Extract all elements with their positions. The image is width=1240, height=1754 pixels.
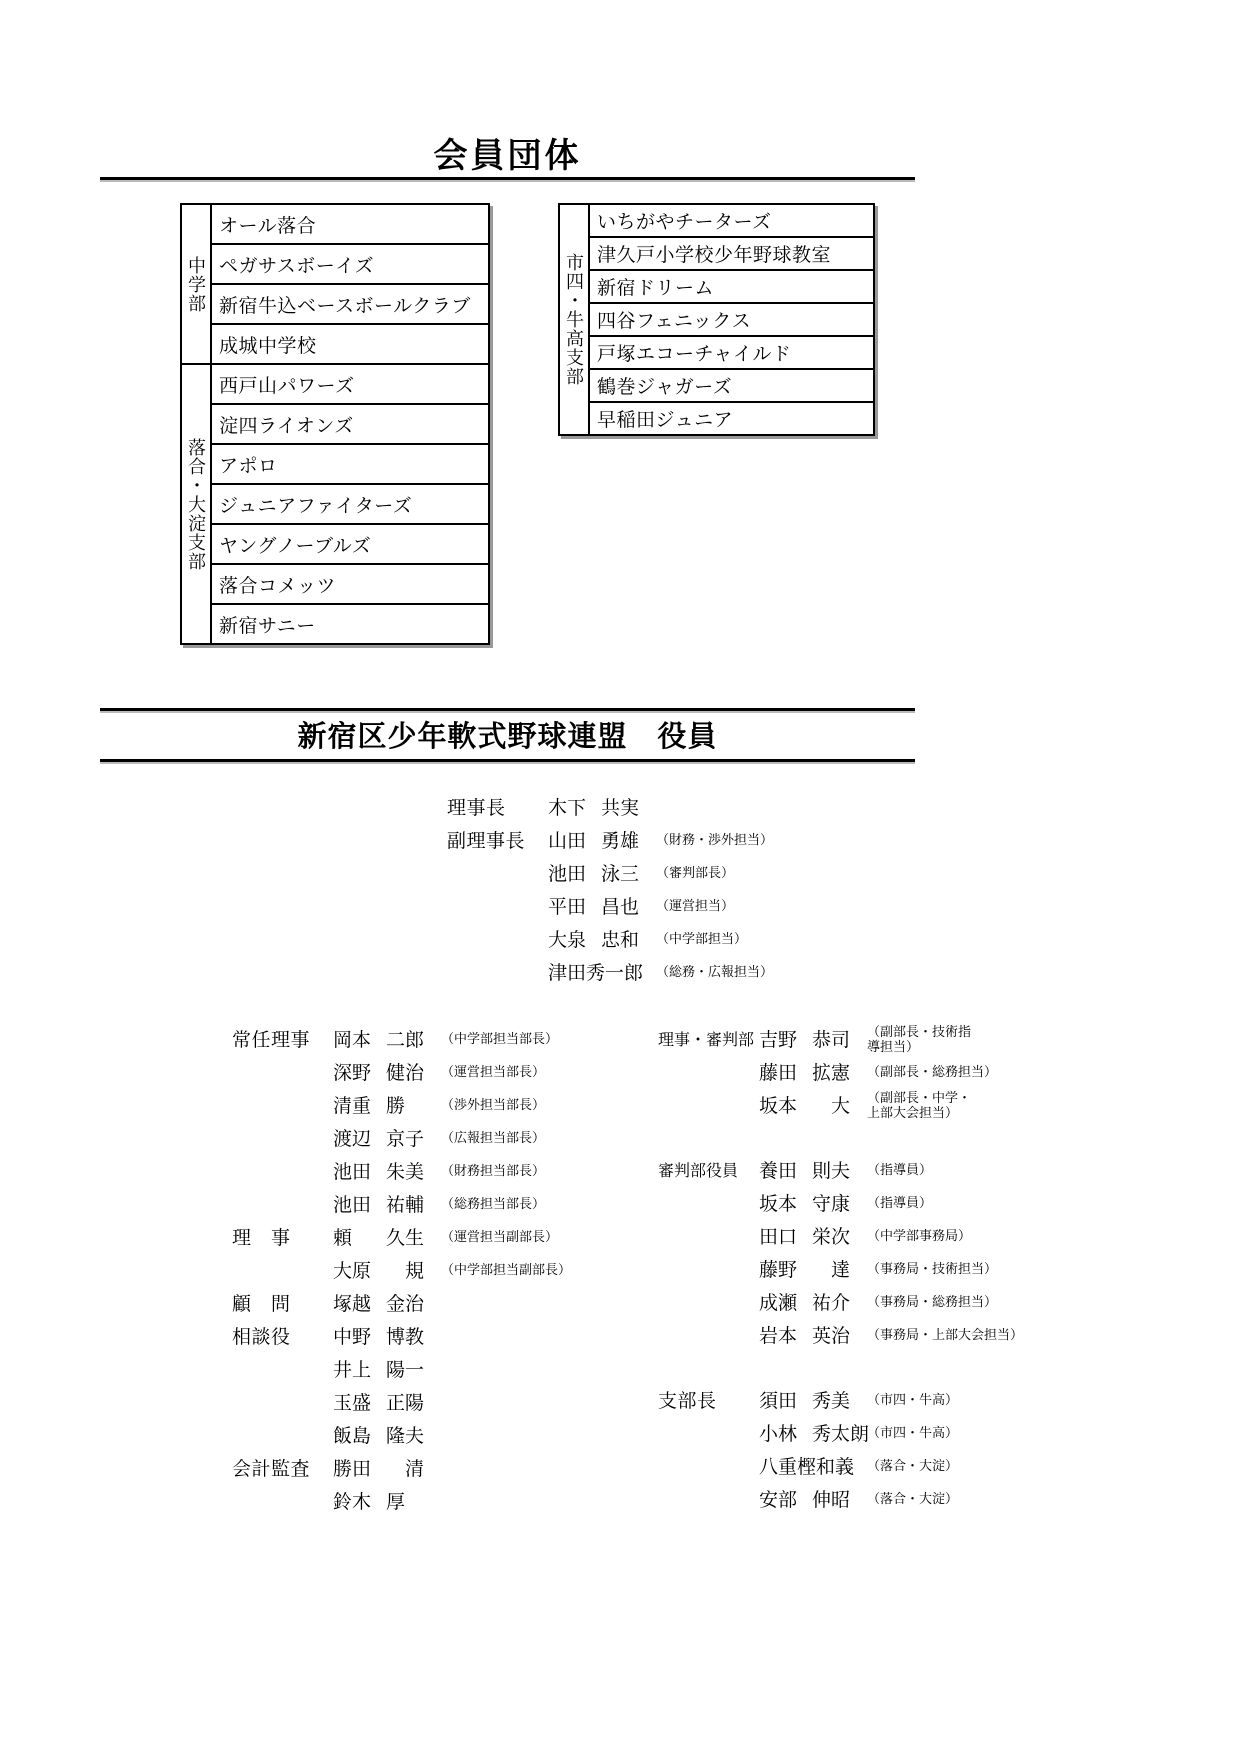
officer-family-name: 坂本 [759,1189,812,1216]
officer-family-name: 須田 [759,1386,812,1413]
officer-given-name: 金治 [386,1294,424,1315]
officer-row: 飯島隆夫 [232,1418,571,1451]
officer-row: 理 事頼久生（運営担当副部長） [232,1220,571,1253]
officer-duty-note: （運営担当） [656,898,734,913]
officer-family-name: 清重 [333,1091,386,1118]
table-row: 淀四ライオンズ [181,404,489,444]
officer-given-name: 二郎 [386,1030,424,1051]
officer-role-label: 相談役 [232,1322,333,1349]
officer-duty-note: （運営担当副部長） [441,1229,558,1244]
officer-duty-note: （運営担当部長） [441,1064,545,1079]
team-name-cell: アポロ [211,444,489,484]
team-name-cell: 早稲田ジュニア [589,402,874,435]
officer-name: 中野博教 [333,1322,441,1349]
officer-given-name: 陽一 [386,1360,424,1381]
officer-role-label: 会計監査 [232,1454,333,1481]
officer-name: 成瀬祐介 [759,1288,867,1315]
officer-duty-note: （事務局・総務担当） [867,1294,997,1309]
officer-family-name: 小林 [759,1419,812,1446]
officer-family-name: 安部 [759,1485,812,1512]
team-name-cell: 西戸山パワーズ [211,364,489,404]
officer-row: 顧 問塚越金治 [232,1286,571,1319]
officer-duty-note: （市四・牛高） [867,1392,958,1407]
officer-role-label: 審判部役員 [658,1158,759,1181]
table-row: 早稲田ジュニア [559,402,874,435]
officer-block: 支部長須田秀美（市四・牛高）小林秀太朗（市四・牛高）八重樫和義（落合・大淀）安部… [658,1383,1023,1515]
officer-given-name: 恭司 [812,1030,850,1051]
officer-name: 鈴木厚 [333,1487,441,1514]
officer-given-name: 昌也 [601,897,639,918]
officer-duty-note: （中学部担当） [656,931,747,946]
officer-row: 鈴木厚 [232,1484,571,1517]
officer-duty-note: （総務担当部長） [441,1196,545,1211]
officer-family-name: 津田秀一郎 [548,958,643,985]
officer-family-name: 中野 [333,1322,386,1349]
officer-family-name: 藤田 [759,1058,812,1085]
officer-name: 玉盛正陽 [333,1388,441,1415]
officer-row: 池田泳三（審判部長） [447,856,773,889]
officer-role-label: 支部長 [658,1386,759,1413]
officer-row: 深野健治（運営担当部長） [232,1055,571,1088]
officer-duty-note: （中学部担当副部長） [441,1262,571,1277]
officer-given-name: 則夫 [812,1161,850,1182]
officer-row: 支部長須田秀美（市四・牛高） [658,1383,1023,1416]
table-row: 新宿サニー [181,604,489,644]
officer-name: 池田朱美 [333,1157,441,1184]
officer-family-name: 玉盛 [333,1388,386,1415]
officer-row: 大原 規（中学部担当副部長） [232,1253,571,1286]
table-row: ペガサスボーイズ [181,244,489,284]
officer-name: 須田秀美 [759,1386,867,1413]
officer-name: 山田勇雄 [548,826,656,853]
table-row: アポロ [181,444,489,484]
officer-row: 小林秀太朗（市四・牛高） [658,1416,1023,1449]
officer-name: 池田祐輔 [333,1190,441,1217]
officer-name: 藤野 達 [759,1255,867,1282]
officer-duty-note: （副部長・中学・ 上部大会担当） [867,1090,971,1120]
officer-family-name: 養田 [759,1156,812,1183]
officer-name: 坂本守康 [759,1189,867,1216]
officer-name: 田口栄次 [759,1222,867,1249]
officer-duty-note: （財務担当部長） [441,1163,545,1178]
officers-section-title: 新宿区少年軟式野球連盟 役員 [100,714,915,755]
officer-name: 渡辺京子 [333,1124,441,1151]
officer-given-name: 秀美 [812,1391,850,1412]
officer-given-name: 正陽 [386,1393,424,1414]
officer-given-name: 英治 [812,1326,850,1347]
officer-duty-note: （指導員） [867,1162,932,1177]
officer-family-name: 岡本 [333,1025,386,1052]
table-row: 新宿牛込ベースボールクラブ [181,284,489,324]
officer-given-name: 泳三 [601,864,639,885]
division-label-cell: 市四・牛高支部 [559,204,589,435]
division-label-cell: 中学部 [181,204,211,364]
officers-top-block: 理事長木下共実副理事長山田勇雄（財務・渉外担当）池田泳三（審判部長）平田昌也（運… [447,790,773,988]
officer-name: 藤田拡憲 [759,1058,867,1085]
officer-row: 津田秀一郎（総務・広報担当） [447,955,773,988]
table-row: 四谷フェニックス [559,303,874,336]
officer-row: 成瀬祐介（事務局・総務担当） [658,1285,1023,1318]
officer-duty-note: （事務局・技術担当） [867,1261,997,1276]
officer-duty-note: （中学部担当部長） [441,1031,558,1046]
officer-name: 飯島隆夫 [333,1421,441,1448]
horizontal-divider [100,177,915,180]
officer-family-name: 鈴木 [333,1487,386,1514]
officer-family-name: 平田 [548,892,601,919]
officer-given-name: 和義 [816,1457,854,1478]
officer-family-name: 岩本 [759,1321,812,1348]
officer-family-name: 吉野 [759,1025,812,1052]
officer-row: 岩本英治（事務局・上部大会担当） [658,1318,1023,1351]
officer-duty-note: （落合・大淀） [867,1491,958,1506]
officer-row: 藤野 達（事務局・技術担当） [658,1252,1023,1285]
officer-name: 岡本二郎 [333,1025,441,1052]
officer-given-name: 伸昭 [812,1490,850,1511]
officer-given-name: 共実 [601,798,639,819]
officer-given-name: 勇雄 [601,831,639,852]
division-label-cell: 落合・大淀支部 [181,364,211,644]
table-row: 鶴巻ジャガーズ [559,369,874,402]
officer-given-name: 規 [386,1261,424,1282]
members-table-left: 中学部オール落合ペガサスボーイズ新宿牛込ベースボールクラブ成城中学校落合・大淀支… [180,203,490,645]
officer-row: 副理事長山田勇雄（財務・渉外担当） [447,823,773,856]
table-row: 市四・牛高支部いちがやチーターズ [559,204,874,237]
officer-family-name: 塚越 [333,1289,386,1316]
officer-name: 津田秀一郎 [548,958,656,985]
officer-given-name: 大 [812,1096,850,1117]
team-name-cell: 新宿ドリーム [589,270,874,303]
officer-row: 坂本守康（指導員） [658,1186,1023,1219]
officer-row: 八重樫和義（落合・大淀） [658,1449,1023,1482]
officer-name: 小林秀太朗 [759,1419,867,1446]
officer-row: 審判部役員養田則夫（指導員） [658,1153,1023,1186]
team-name-cell: ジュニアファイターズ [211,484,489,524]
officer-given-name: 達 [812,1260,850,1281]
officer-role-label: 理事長 [447,793,548,820]
officer-family-name: 八重樫 [759,1452,816,1479]
officer-family-name: 勝田 [333,1454,386,1481]
officer-row: 相談役中野博教 [232,1319,571,1352]
officer-name: 井上陽一 [333,1355,441,1382]
officer-name: 大原 規 [333,1256,441,1283]
officer-family-name: 大泉 [548,925,601,952]
officer-given-name: 祐介 [812,1293,850,1314]
officer-name: 塚越金治 [333,1289,441,1316]
officer-row: 玉盛正陽 [232,1385,571,1418]
officer-given-name: 久生 [386,1228,424,1249]
team-name-cell: オール落合 [211,204,489,244]
officer-row: 田口栄次（中学部事務局） [658,1219,1023,1252]
team-name-cell: 鶴巻ジャガーズ [589,369,874,402]
officer-role-label: 顧 問 [232,1289,333,1316]
team-name-cell: ペガサスボーイズ [211,244,489,284]
table-row: 落合コメッツ [181,564,489,604]
officer-name: 大泉忠和 [548,925,656,952]
officer-given-name: 博教 [386,1327,424,1348]
table-row: 成城中学校 [181,324,489,364]
team-name-cell: 四谷フェニックス [589,303,874,336]
officer-row: 池田朱美（財務担当部長） [232,1154,571,1187]
officer-family-name: 木下 [548,793,601,820]
officer-row: 池田祐輔（総務担当部長） [232,1187,571,1220]
officer-name: 安部伸昭 [759,1485,867,1512]
team-name-cell: 津久戸小学校少年野球教室 [589,237,874,270]
officer-duty-note: （落合・大淀） [867,1458,958,1473]
officer-duty-note: （総務・広報担当） [656,964,773,979]
table-row: 落合・大淀支部西戸山パワーズ [181,364,489,404]
officer-given-name: 健治 [386,1063,424,1084]
officer-role-label: 副理事長 [447,826,548,853]
officer-role-label: 理事・審判部 [658,1027,759,1050]
officer-family-name: 坂本 [759,1091,812,1118]
officer-given-name: 清 [386,1459,424,1480]
document-page: 会員団体 中学部オール落合ペガサスボーイズ新宿牛込ベースボールクラブ成城中学校落… [0,0,1240,1754]
officer-given-name: 厚 [386,1492,405,1513]
officer-given-name: 栄次 [812,1227,850,1248]
officer-duty-note: （副部長・総務担当） [867,1064,997,1079]
officer-given-name: 朱美 [386,1162,424,1183]
officer-row: 安部伸昭（落合・大淀） [658,1482,1023,1515]
officer-name: 八重樫和義 [759,1452,867,1479]
officer-given-name: 祐輔 [386,1195,424,1216]
officer-name: 岩本英治 [759,1321,867,1348]
officer-family-name: 田口 [759,1222,812,1249]
officer-family-name: 池田 [333,1190,386,1217]
officer-given-name: 忠和 [601,930,639,951]
officer-given-name: 勝 [386,1096,405,1117]
officer-row: 理事長木下共実 [447,790,773,823]
team-name-cell: 新宿サニー [211,604,489,644]
team-name-cell: 戸塚エコーチャイルド [589,336,874,369]
table-row: 中学部オール落合 [181,204,489,244]
officer-family-name: 渡辺 [333,1124,386,1151]
officer-name: 清重勝 [333,1091,441,1118]
officer-name: 養田則夫 [759,1156,867,1183]
officer-role-label: 常任理事 [232,1025,333,1052]
horizontal-divider [100,759,915,762]
officer-duty-note: （広報担当部長） [441,1130,545,1145]
officer-block: 審判部役員養田則夫（指導員）坂本守康（指導員）田口栄次（中学部事務局）藤野 達（… [658,1153,1023,1351]
officers-right-column: 理事・審判部吉野恭司（副部長・技術指 導担当）藤田拡憲（副部長・総務担当）坂本 … [658,1022,1023,1515]
team-name-cell: 淀四ライオンズ [211,404,489,444]
officer-duty-note: （審判部長） [656,865,734,880]
officer-row: 坂本 大（副部長・中学・ 上部大会担当） [658,1088,1023,1121]
table-row: 津久戸小学校少年野球教室 [559,237,874,270]
officer-row: 理事・審判部吉野恭司（副部長・技術指 導担当） [658,1022,1023,1055]
officer-name: 勝田 清 [333,1454,441,1481]
officer-row: 藤田拡憲（副部長・総務担当） [658,1055,1023,1088]
officer-given-name: 秀太朗 [812,1424,869,1445]
officer-row: 井上陽一 [232,1352,571,1385]
officer-row: 清重勝（渉外担当部長） [232,1088,571,1121]
officer-block: 理事・審判部吉野恭司（副部長・技術指 導担当）藤田拡憲（副部長・総務担当）坂本 … [658,1022,1023,1121]
officer-row: 大泉忠和（中学部担当） [447,922,773,955]
officer-family-name: 山田 [548,826,601,853]
horizontal-divider [100,708,915,711]
officer-name: 頼久生 [333,1223,441,1250]
officer-given-name: 京子 [386,1129,424,1150]
officer-family-name: 大原 [333,1256,386,1283]
officer-family-name: 成瀬 [759,1288,812,1315]
officer-name: 平田昌也 [548,892,656,919]
members-section-title: 会員団体 [100,128,915,177]
officer-duty-note: （中学部事務局） [867,1228,971,1243]
table-row: ジュニアファイターズ [181,484,489,524]
officer-role-label: 理 事 [232,1223,333,1250]
team-name-cell: ヤングノーブルズ [211,524,489,564]
team-name-cell: 新宿牛込ベースボールクラブ [211,284,489,324]
officer-family-name: 池田 [333,1157,386,1184]
officer-family-name: 頼 [333,1223,386,1250]
officer-row: 会計監査勝田 清 [232,1451,571,1484]
officer-name: 深野健治 [333,1058,441,1085]
table-row: 戸塚エコーチャイルド [559,336,874,369]
officer-name: 池田泳三 [548,859,656,886]
officer-family-name: 藤野 [759,1255,812,1282]
officer-name: 木下共実 [548,793,656,820]
officer-family-name: 井上 [333,1355,386,1382]
officer-row: 渡辺京子（広報担当部長） [232,1121,571,1154]
table-row: ヤングノーブルズ [181,524,489,564]
officer-family-name: 池田 [548,859,601,886]
officer-given-name: 守康 [812,1194,850,1215]
table-row: 新宿ドリーム [559,270,874,303]
officer-duty-note: （財務・渉外担当） [656,832,773,847]
officer-family-name: 深野 [333,1058,386,1085]
officers-left-column: 常任理事岡本二郎（中学部担当部長）深野健治（運営担当部長）清重勝（渉外担当部長）… [232,1022,571,1517]
officer-duty-note: （副部長・技術指 導担当） [867,1024,971,1054]
officer-duty-note: （事務局・上部大会担当） [867,1327,1023,1342]
team-name-cell: 成城中学校 [211,324,489,364]
officer-duty-note: （渉外担当部長） [441,1097,545,1112]
officer-row: 常任理事岡本二郎（中学部担当部長） [232,1022,571,1055]
members-table-right: 市四・牛高支部いちがやチーターズ津久戸小学校少年野球教室新宿ドリーム四谷フェニッ… [558,203,875,436]
officer-name: 坂本 大 [759,1091,867,1118]
officer-given-name: 隆夫 [386,1426,424,1447]
officer-row: 平田昌也（運営担当） [447,889,773,922]
officer-duty-note: （指導員） [867,1195,932,1210]
officer-given-name: 拡憲 [812,1063,850,1084]
team-name-cell: 落合コメッツ [211,564,489,604]
officer-family-name: 飯島 [333,1421,386,1448]
officer-name: 吉野恭司 [759,1025,867,1052]
team-name-cell: いちがやチーターズ [589,204,874,237]
officer-duty-note: （市四・牛高） [867,1425,958,1440]
